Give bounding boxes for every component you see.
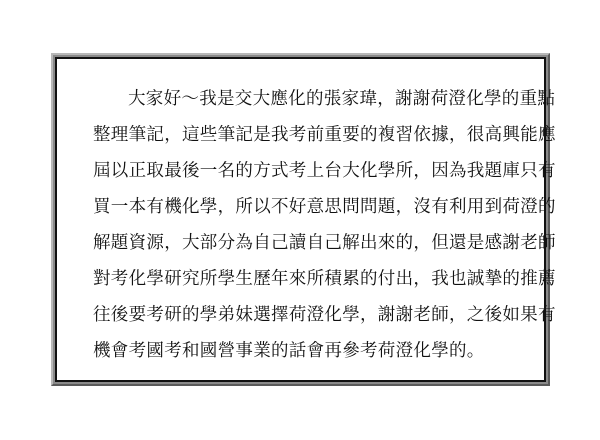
text-line: 對考化學研究所學生歷年來所積累的付出，我也誠摯的推薦 xyxy=(93,261,512,297)
text-line: 機會考國考和國營事業的話會再參考荷澄化學的。 xyxy=(93,333,512,369)
text-line: 解題資源，大部分為自己讀自己解出來的，但還是感謝老師 xyxy=(93,225,512,261)
testimonial-panel: 大家好～我是交大應化的張家瑋，謝謝荷澄化學的重點 整理筆記，這些筆記是我考前重要… xyxy=(55,57,546,382)
text-line: 屆以正取最後一名的方式考上台大化學所，因為我題庫只有 xyxy=(93,153,512,189)
text-line: 整理筆記，這些筆記是我考前重要的複習依據，很高興能應 xyxy=(93,117,512,153)
testimonial-frame: 大家好～我是交大應化的張家瑋，謝謝荷澄化學的重點 整理筆記，這些筆記是我考前重要… xyxy=(51,53,550,386)
text-line: 往後要考研的學弟妹選擇荷澄化學，謝謝老師，之後如果有 xyxy=(93,297,512,333)
text-line: 買一本有機化學，所以不好意思問問題，沒有利用到荷澄的 xyxy=(93,189,512,225)
testimonial-text: 大家好～我是交大應化的張家瑋，謝謝荷澄化學的重點 整理筆記，這些筆記是我考前重要… xyxy=(93,81,512,369)
text-line: 大家好～我是交大應化的張家瑋，謝謝荷澄化學的重點 xyxy=(93,81,512,117)
